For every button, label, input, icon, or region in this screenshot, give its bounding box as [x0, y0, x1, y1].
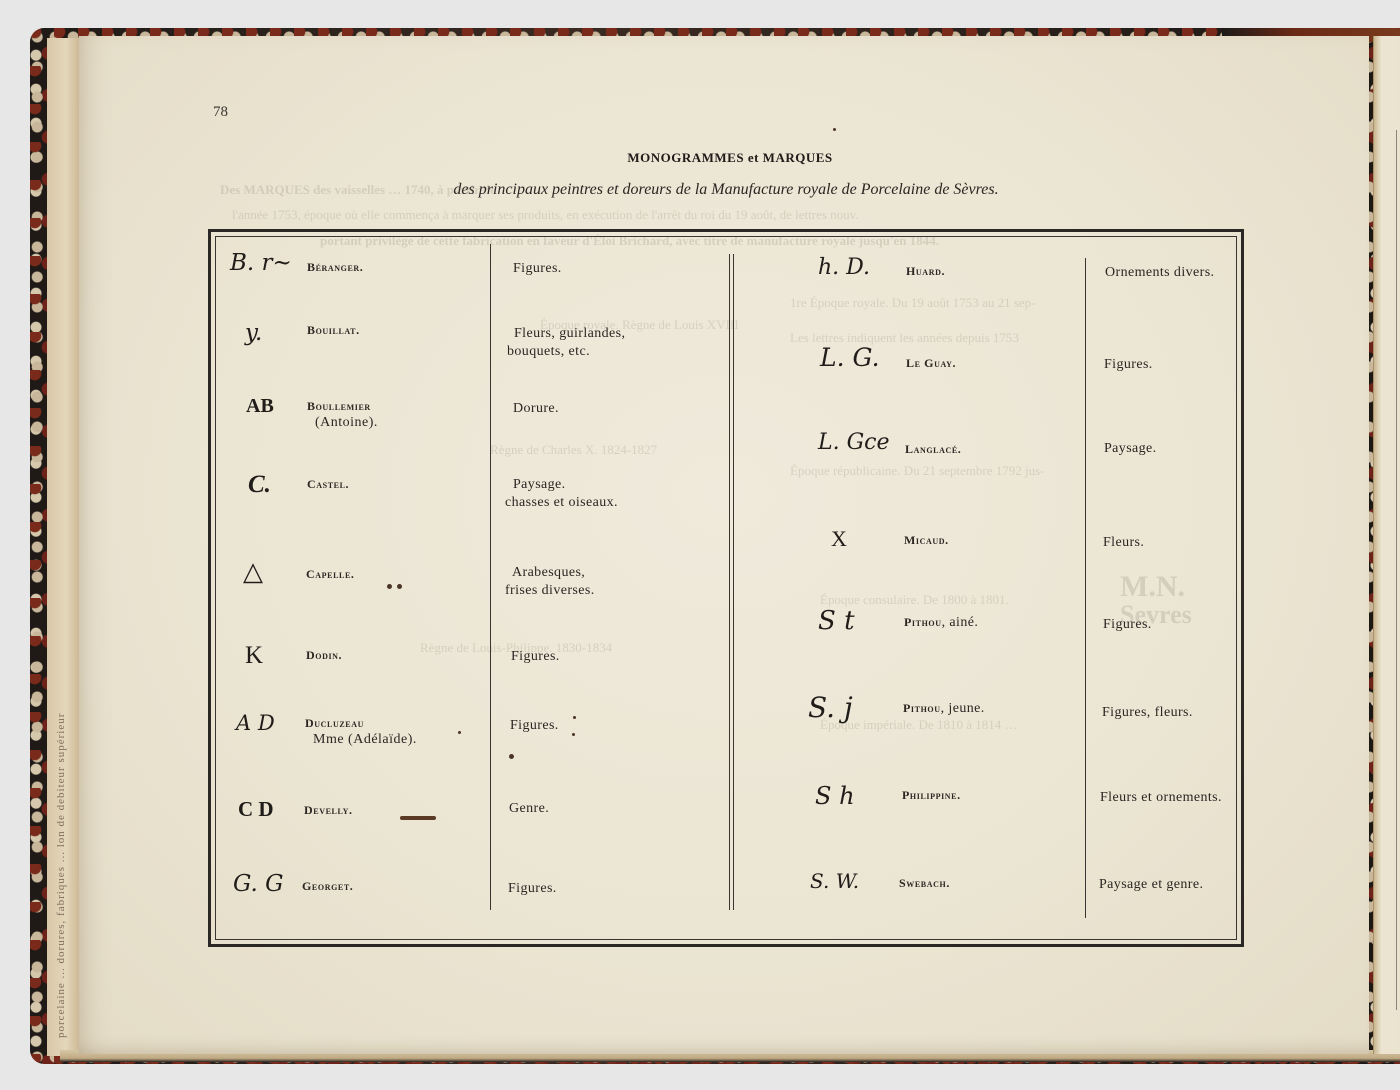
genre: Figures, fleurs. [1102, 704, 1193, 722]
painter-name-main: Boullemier [307, 399, 371, 413]
monogram-mark: S h [815, 784, 855, 808]
genre: Figures. [511, 648, 560, 666]
genre: Arabesques, frises diverses. [505, 564, 595, 600]
monogram-mark: △ [243, 559, 263, 585]
painter-name: Micaud. [904, 532, 949, 548]
page-subtitle: des principaux peintres et doreurs de la… [0, 181, 1400, 199]
genre: Ornements divers. [1105, 264, 1214, 282]
painter-name: Pithou, ainé. [904, 614, 978, 633]
painter-name-extra: , jeune. [941, 701, 985, 716]
genre: Paysage. chasses et oiseaux. [505, 476, 618, 512]
monogram-mark: h. D. [818, 257, 870, 279]
page-number: 78 [213, 104, 228, 121]
painter-name: Philippine. [902, 787, 961, 803]
genre: Figures. [1104, 356, 1153, 374]
monogram-mark: S t [818, 608, 855, 634]
monogram-mark: C. [248, 472, 271, 497]
monogram-mark: S. j [808, 694, 853, 722]
genre-line: Fleurs, guirlandes, [507, 325, 625, 343]
monogram-mark: S. W. [810, 871, 859, 891]
genre: Fleurs. [1103, 534, 1144, 552]
genre: Paysage. [1104, 440, 1157, 458]
genre: Fleurs et ornements. [1100, 789, 1222, 807]
painter-name-main: Ducluzeau [305, 716, 364, 730]
monogram-mark: B. r~ [230, 252, 292, 275]
painter-name: Capelle. [306, 566, 354, 582]
column-divider [1085, 258, 1086, 918]
painter-name: Le Guay. [906, 355, 956, 371]
monogram-mark: L. Gce [818, 432, 890, 454]
column-divider [490, 244, 491, 910]
foxing-spot [509, 754, 514, 759]
next-page-rule [1396, 130, 1397, 1010]
genre-line: chasses et oiseaux. [505, 494, 618, 512]
genre: Figures. [508, 880, 557, 898]
monogram-mark: K [245, 643, 263, 668]
foxing-spot [397, 584, 402, 589]
painter-name: Georget. [302, 878, 353, 894]
painter-name: Dodin. [306, 647, 342, 663]
painter-name-main: Pithou [903, 701, 941, 715]
genre: Paysage et genre. [1099, 876, 1203, 894]
painter-name: Swebach. [899, 875, 950, 891]
page-title: MONOGRAMMES et MARQUES [0, 150, 1400, 166]
painter-name: Castel. [307, 476, 349, 492]
painter-name: Langlacé. [905, 441, 961, 457]
foxing-spot [458, 731, 461, 734]
genre: Genre. [509, 800, 549, 818]
monogram-mark: AB [246, 396, 274, 416]
monogram-mark: G. G [233, 873, 284, 896]
monogram-mark: A D [236, 713, 275, 734]
table-inner-border [215, 236, 1237, 940]
painter-name-sub: Mme (Adélaïde). [305, 731, 417, 750]
painter-name-extra: , ainé. [942, 615, 979, 630]
genre: Figures. [510, 717, 559, 735]
painter-name: Ducluzeau Mme (Adélaïde). [305, 715, 417, 750]
genre: Figures. [1103, 616, 1152, 634]
foxing-spot [573, 716, 576, 719]
painter-name: Boullemier (Antoine). [307, 398, 378, 433]
genre-line: bouquets, etc. [507, 343, 625, 361]
monogram-mark: y. [245, 322, 262, 345]
center-divider [729, 254, 730, 910]
painter-name: Béranger. [307, 259, 363, 275]
monogram-table [208, 229, 1244, 947]
painter-name: Develly. [304, 802, 353, 818]
genre: Dorure. [513, 400, 559, 418]
genre: Fleurs, guirlandes, bouquets, etc. [507, 325, 625, 361]
monogram-mark: X [831, 528, 847, 550]
painter-name: Huard. [906, 263, 945, 279]
foxing-spot [387, 584, 392, 589]
monogram-mark: C D [238, 799, 274, 820]
painter-name: Pithou, jeune. [903, 700, 985, 719]
painter-name: Bouillat. [307, 322, 360, 338]
foxing-spot [833, 128, 836, 131]
ink-smudge [400, 816, 436, 820]
painter-name-sub: (Antoine). [307, 414, 378, 433]
genre-line: frises diverses. [505, 582, 595, 600]
spine-text: porcelaine ... dorures, fabriques ... lo… [55, 58, 71, 1038]
center-divider [733, 254, 734, 910]
genre: Figures. [513, 260, 562, 278]
painter-name-main: Pithou [904, 615, 942, 629]
genre-line: Paysage. [505, 476, 618, 494]
foxing-spot [572, 733, 575, 736]
monogram-mark: L. G. [820, 345, 880, 370]
genre-line: Arabesques, [505, 564, 595, 582]
